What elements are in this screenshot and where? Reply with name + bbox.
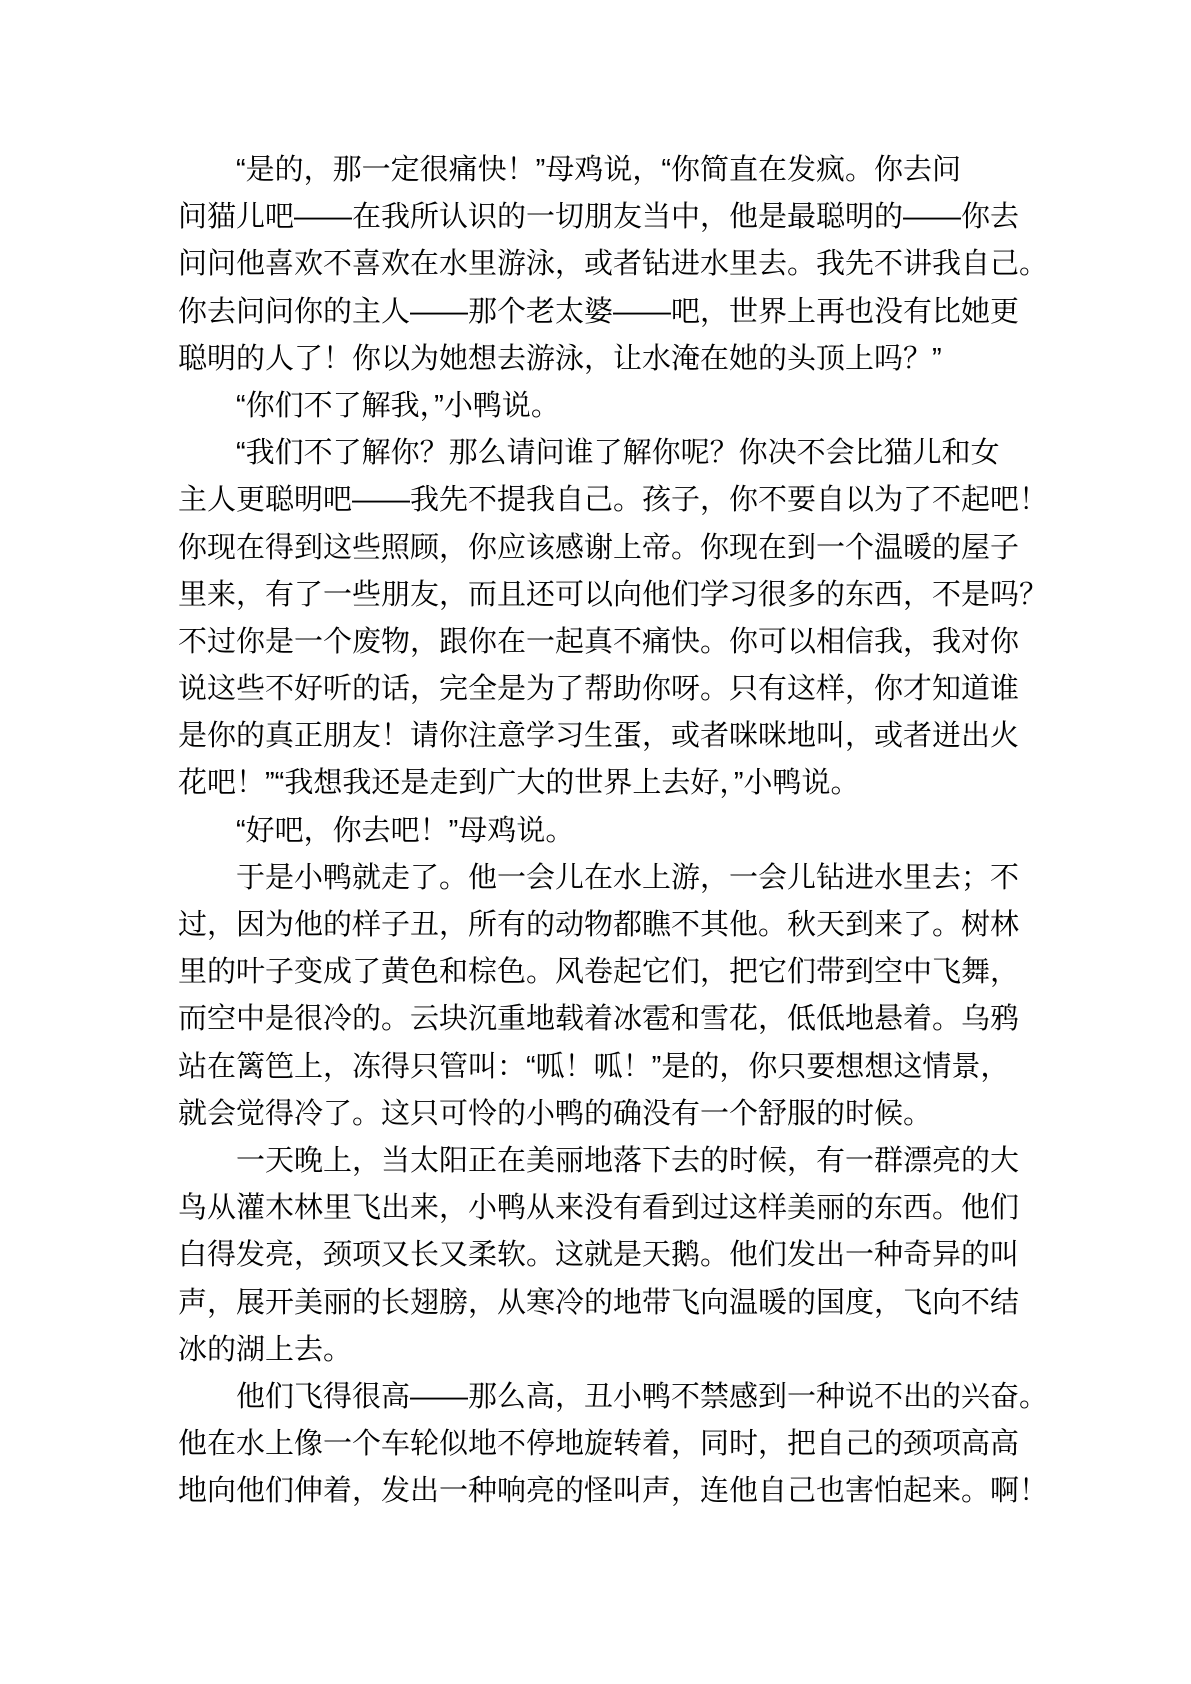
text-line: 你现在得到这些照顾，你应该感谢上帝。你现在到一个温暖的屋子 xyxy=(178,525,1014,572)
paragraph: 一天晚上，当太阳正在美丽地落下去的时候，有一群漂亮的大鸟从灌木林里飞出来，小鸭从… xyxy=(178,1138,1014,1374)
text-line: 白得发亮，颈项又长又柔软。这就是天鹅。他们发出一种奇异的叫 xyxy=(178,1232,1014,1279)
text-line: “我们不了解你？那么请问谁了解你呢？你决不会比猫儿和女 xyxy=(178,430,1014,477)
text-line: “你们不了解我，”小鸭说。 xyxy=(178,383,1014,430)
text-line: 问问他喜欢不喜欢在水里游泳，或者钻进水里去。我先不讲我自己。 xyxy=(178,241,1014,288)
text-line: 说这些不好听的话，完全是为了帮助你呀。只有这样，你才知道谁 xyxy=(178,666,1014,713)
text-line: 一天晚上，当太阳正在美丽地落下去的时候，有一群漂亮的大 xyxy=(178,1138,1014,1185)
text-line: “是的，那一定很痛快！”母鸡说，“你简直在发疯。你去问 xyxy=(178,147,1014,194)
text-line: 冰的湖上去。 xyxy=(178,1327,1014,1374)
text-line: 站在篱笆上，冻得只管叫：“呱！呱！”是的，你只要想想这情景， xyxy=(178,1044,1014,1091)
text-line: 是你的真正朋友！请你注意学习生蛋，或者咪咪地叫，或者迸出火 xyxy=(178,713,1014,760)
paragraph: “好吧，你去吧！”母鸡说。 xyxy=(178,808,1014,855)
text-line: 他在水上像一个车轮似地不停地旋转着，同时，把自己的颈项高高 xyxy=(178,1421,1014,1468)
text-line: 你去问问你的主人——那个老太婆——吧，世界上再也没有比她更 xyxy=(178,289,1014,336)
text-line: 他们飞得很高——那么高，丑小鸭不禁感到一种说不出的兴奋。 xyxy=(178,1374,1014,1421)
text-line: 就会觉得冷了。这只可怜的小鸭的确没有一个舒服的时候。 xyxy=(178,1091,1014,1138)
text-line: 里的叶子变成了黄色和棕色。风卷起它们，把它们带到空中飞舞， xyxy=(178,949,1014,996)
text-line: “好吧，你去吧！”母鸡说。 xyxy=(178,808,1014,855)
text-line: 地向他们伸着，发出一种响亮的怪叫声，连他自己也害怕起来。啊！ xyxy=(178,1468,1014,1515)
document-page: “是的，那一定很痛快！”母鸡说，“你简直在发疯。你去问问猫儿吧——在我所认识的一… xyxy=(0,0,1191,1684)
text-line: 声，展开美丽的长翅膀，从寒冷的地带飞向温暖的国度，飞向不结 xyxy=(178,1280,1014,1327)
text-line: 过，因为他的样子丑，所有的动物都瞧不其他。秋天到来了。树林 xyxy=(178,902,1014,949)
text-content: “是的，那一定很痛快！”母鸡说，“你简直在发疯。你去问问猫儿吧——在我所认识的一… xyxy=(178,147,1014,1515)
text-line: 里来，有了一些朋友，而且还可以向他们学习很多的东西，不是吗？ xyxy=(178,572,1014,619)
text-line: 聪明的人了！你以为她想去游泳，让水淹在她的头顶上吗？” xyxy=(178,336,1014,383)
paragraph: “是的，那一定很痛快！”母鸡说，“你简直在发疯。你去问问猫儿吧——在我所认识的一… xyxy=(178,147,1014,383)
text-line: 问猫儿吧——在我所认识的一切朋友当中，他是最聪明的——你去 xyxy=(178,194,1014,241)
text-line: 不过你是一个废物，跟你在一起真不痛快。你可以相信我，我对你 xyxy=(178,619,1014,666)
paragraph: 他们飞得很高——那么高，丑小鸭不禁感到一种说不出的兴奋。他在水上像一个车轮似地不… xyxy=(178,1374,1014,1516)
paragraph: “你们不了解我，”小鸭说。 xyxy=(178,383,1014,430)
text-line: 花吧！”“我想我还是走到广大的世界上去好，”小鸭说。 xyxy=(178,760,1014,807)
paragraph: 于是小鸭就走了。他一会儿在水上游，一会儿钻进水里去；不过，因为他的样子丑，所有的… xyxy=(178,855,1014,1138)
text-line: 于是小鸭就走了。他一会儿在水上游，一会儿钻进水里去；不 xyxy=(178,855,1014,902)
text-line: 而空中是很冷的。云块沉重地载着冰雹和雪花，低低地悬着。乌鸦 xyxy=(178,996,1014,1043)
text-line: 主人更聪明吧——我先不提我自己。孩子，你不要自以为了不起吧！ xyxy=(178,477,1014,524)
text-line: 鸟从灌木林里飞出来，小鸭从来没有看到过这样美丽的东西。他们 xyxy=(178,1185,1014,1232)
paragraph: “我们不了解你？那么请问谁了解你呢？你决不会比猫儿和女主人更聪明吧——我先不提我… xyxy=(178,430,1014,808)
